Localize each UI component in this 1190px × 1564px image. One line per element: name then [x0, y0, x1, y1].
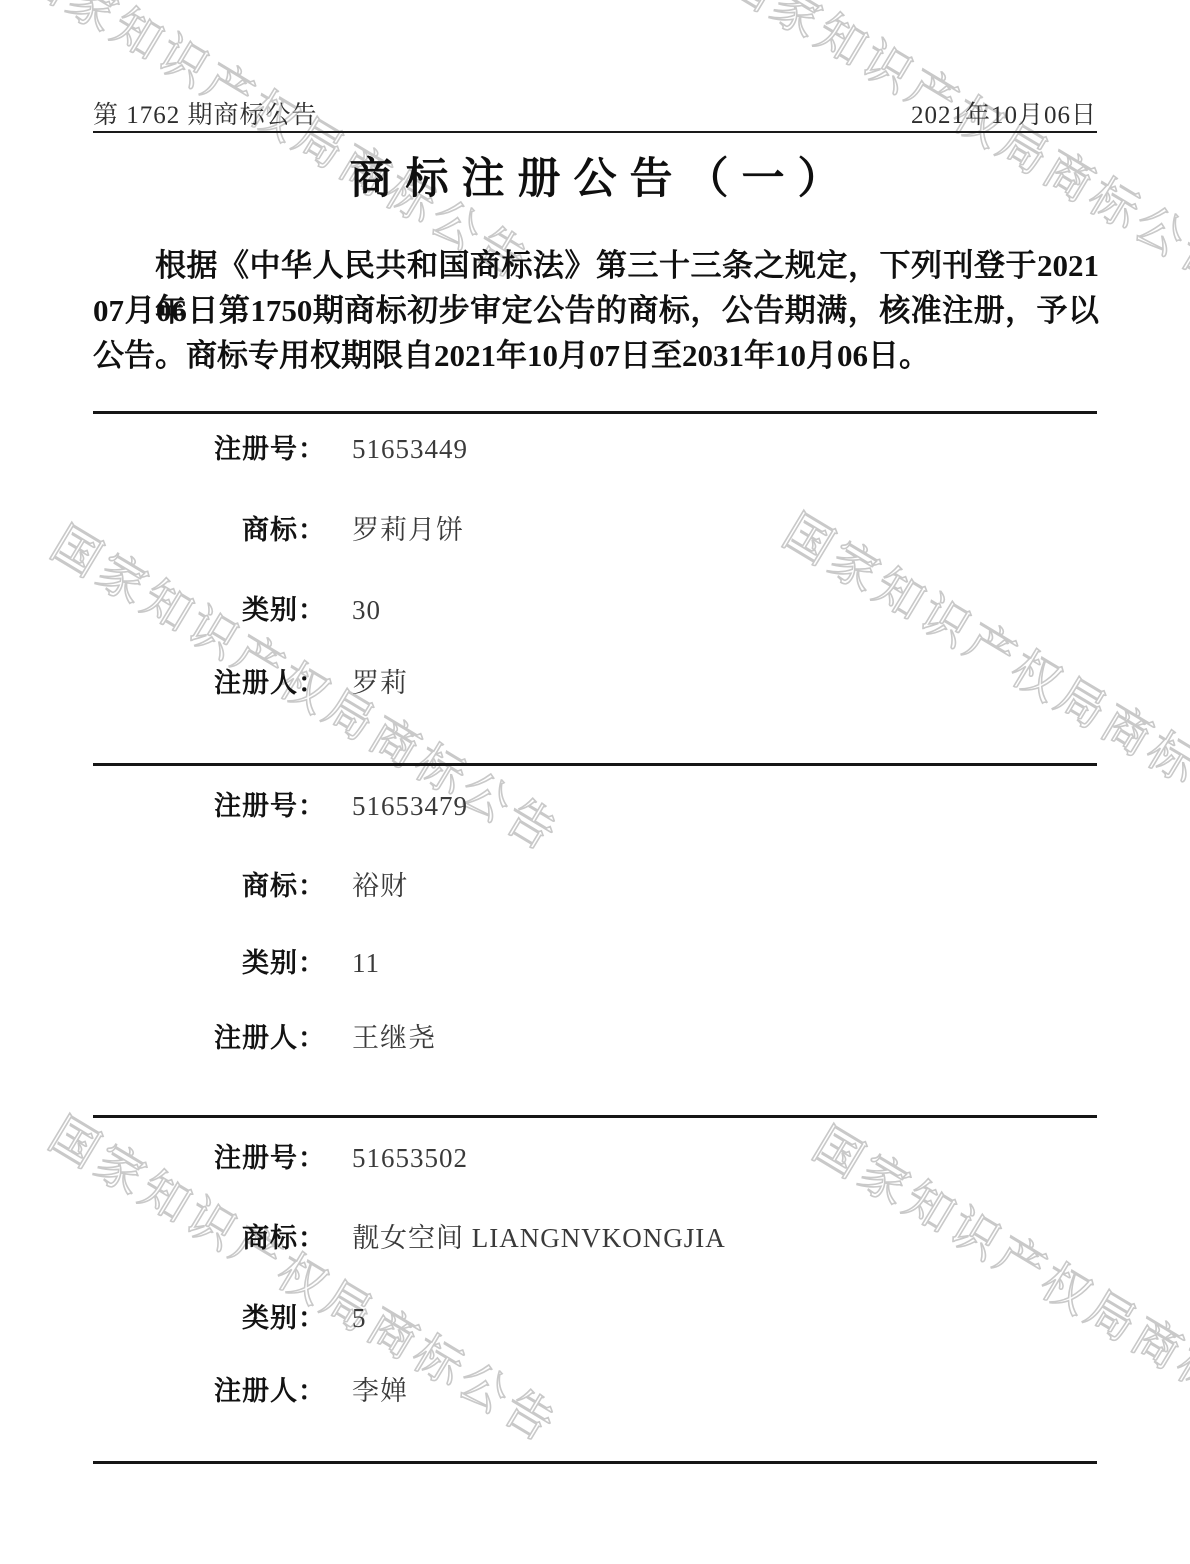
section-divider — [93, 1115, 1097, 1118]
trademark-label: 商标： — [93, 508, 326, 547]
header-rule — [93, 131, 1097, 133]
trademark-value: 裕财 — [352, 871, 408, 901]
reg-no-value: 51653502 — [352, 1143, 468, 1173]
registrant-value: 王继尧 — [352, 1023, 436, 1053]
reg-no-row: 注册号：51653502 — [93, 1136, 1097, 1175]
bottom-rule — [93, 1461, 1097, 1464]
registrant-value: 李婵 — [352, 1376, 408, 1406]
publication-date: 2021年10月06日 — [911, 95, 1097, 131]
gazette-page: 国家知识产权局商标公告 国家知识产权局商标公告 国家知识产权局商标公告 国家知识… — [0, 0, 1190, 1564]
trademark-label: 商标： — [93, 864, 326, 903]
issue-number: 第 1762 期商标公告 — [93, 95, 318, 131]
intro-line-3: 公告。商标专用权期限自2021年10月07日至2031年10月06日。 — [93, 333, 1099, 378]
registrant-row: 注册人：王继尧 — [93, 1016, 1097, 1055]
page-title: 商标注册公告（一） — [93, 145, 1097, 206]
reg-no-row: 注册号：51653479 — [93, 784, 1097, 823]
intro-line-2: 07月06日第1750期商标初步审定公告的商标，公告期满，核准注册，予以 — [93, 288, 1099, 333]
class-value: 5 — [352, 1303, 367, 1333]
registrant-row: 注册人：李婵 — [93, 1369, 1097, 1408]
reg-no-label: 注册号： — [93, 784, 326, 823]
intro-line-1: 根据《中华人民共和国商标法》第三十三条之规定，下列刊登于2021年 — [93, 243, 1099, 288]
section-divider — [93, 763, 1097, 766]
trademark-value: 罗莉月饼 — [352, 515, 464, 545]
trademark-row: 商标：靓女空间 LIANGNVKONGJIA — [93, 1216, 1097, 1255]
reg-no-row: 注册号：51653449 — [93, 427, 1097, 466]
trademark-row: 商标：裕财 — [93, 864, 1097, 903]
class-row: 类别：30 — [93, 588, 1097, 627]
class-label: 类别： — [93, 588, 326, 627]
registrant-label: 注册人： — [93, 661, 326, 700]
reg-no-label: 注册号： — [93, 1136, 326, 1175]
section-divider — [93, 411, 1097, 414]
reg-no-value: 51653479 — [352, 791, 468, 821]
trademark-label: 商标： — [93, 1216, 326, 1255]
class-value: 11 — [352, 948, 380, 978]
trademark-value: 靓女空间 LIANGNVKONGJIA — [352, 1223, 726, 1253]
registrant-row: 注册人：罗莉 — [93, 661, 1097, 700]
reg-no-value: 51653449 — [352, 434, 468, 464]
registrant-value: 罗莉 — [352, 668, 408, 698]
class-label: 类别： — [93, 941, 326, 980]
trademark-row: 商标：罗莉月饼 — [93, 508, 1097, 547]
registrant-label: 注册人： — [93, 1369, 326, 1408]
class-row: 类别：5 — [93, 1296, 1097, 1335]
intro-paragraph: 根据《中华人民共和国商标法》第三十三条之规定，下列刊登于2021年 07月06日… — [93, 243, 1099, 378]
class-value: 30 — [352, 595, 381, 625]
class-label: 类别： — [93, 1296, 326, 1335]
class-row: 类别：11 — [93, 941, 1097, 980]
registrant-label: 注册人： — [93, 1016, 326, 1055]
reg-no-label: 注册号： — [93, 427, 326, 466]
